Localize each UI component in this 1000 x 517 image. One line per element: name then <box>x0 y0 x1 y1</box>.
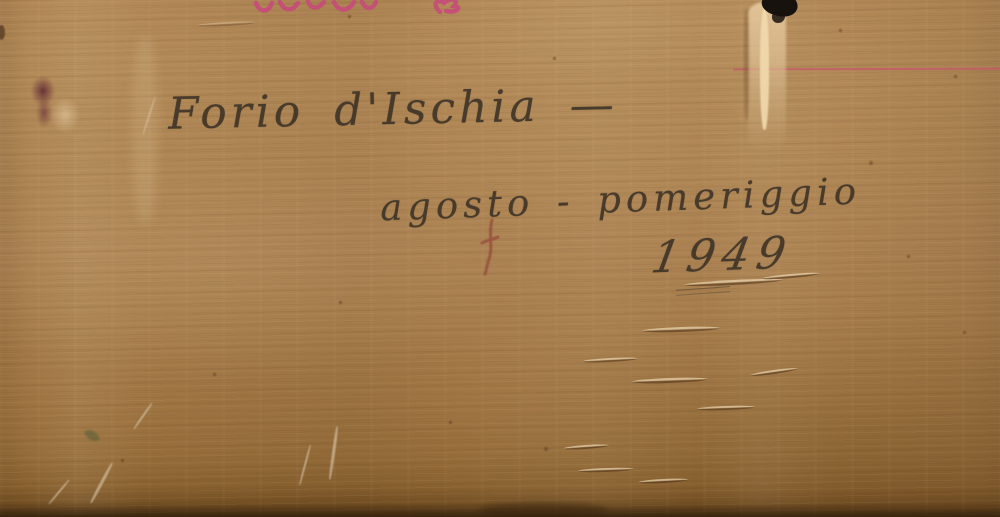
knot-speck <box>552 56 557 61</box>
inscription-place: Forio d'Ischia — <box>168 79 619 139</box>
faded-red-mark <box>478 218 502 276</box>
knot-speck <box>953 74 958 79</box>
purple-ink-stain-tail <box>36 98 52 128</box>
gouge-scratch-core <box>760 8 769 130</box>
knot-speck <box>120 458 125 463</box>
gouge-shadow-rim <box>744 8 749 120</box>
knot-speck <box>347 14 352 19</box>
pink-inscription-partial <box>218 0 518 14</box>
knot-speck <box>448 420 453 425</box>
wood-panel-photo: Forio d'Ischia — agosto - pomeriggio 194… <box>0 0 1000 517</box>
knot-speck <box>962 330 967 335</box>
knot-speck <box>543 446 549 452</box>
knot-speck <box>838 28 843 33</box>
knot-speck <box>338 300 343 305</box>
knot-speck <box>212 372 217 377</box>
knot-speck <box>906 254 911 259</box>
bottom-edge-shadow <box>0 503 1000 517</box>
knot-speck <box>868 160 874 166</box>
